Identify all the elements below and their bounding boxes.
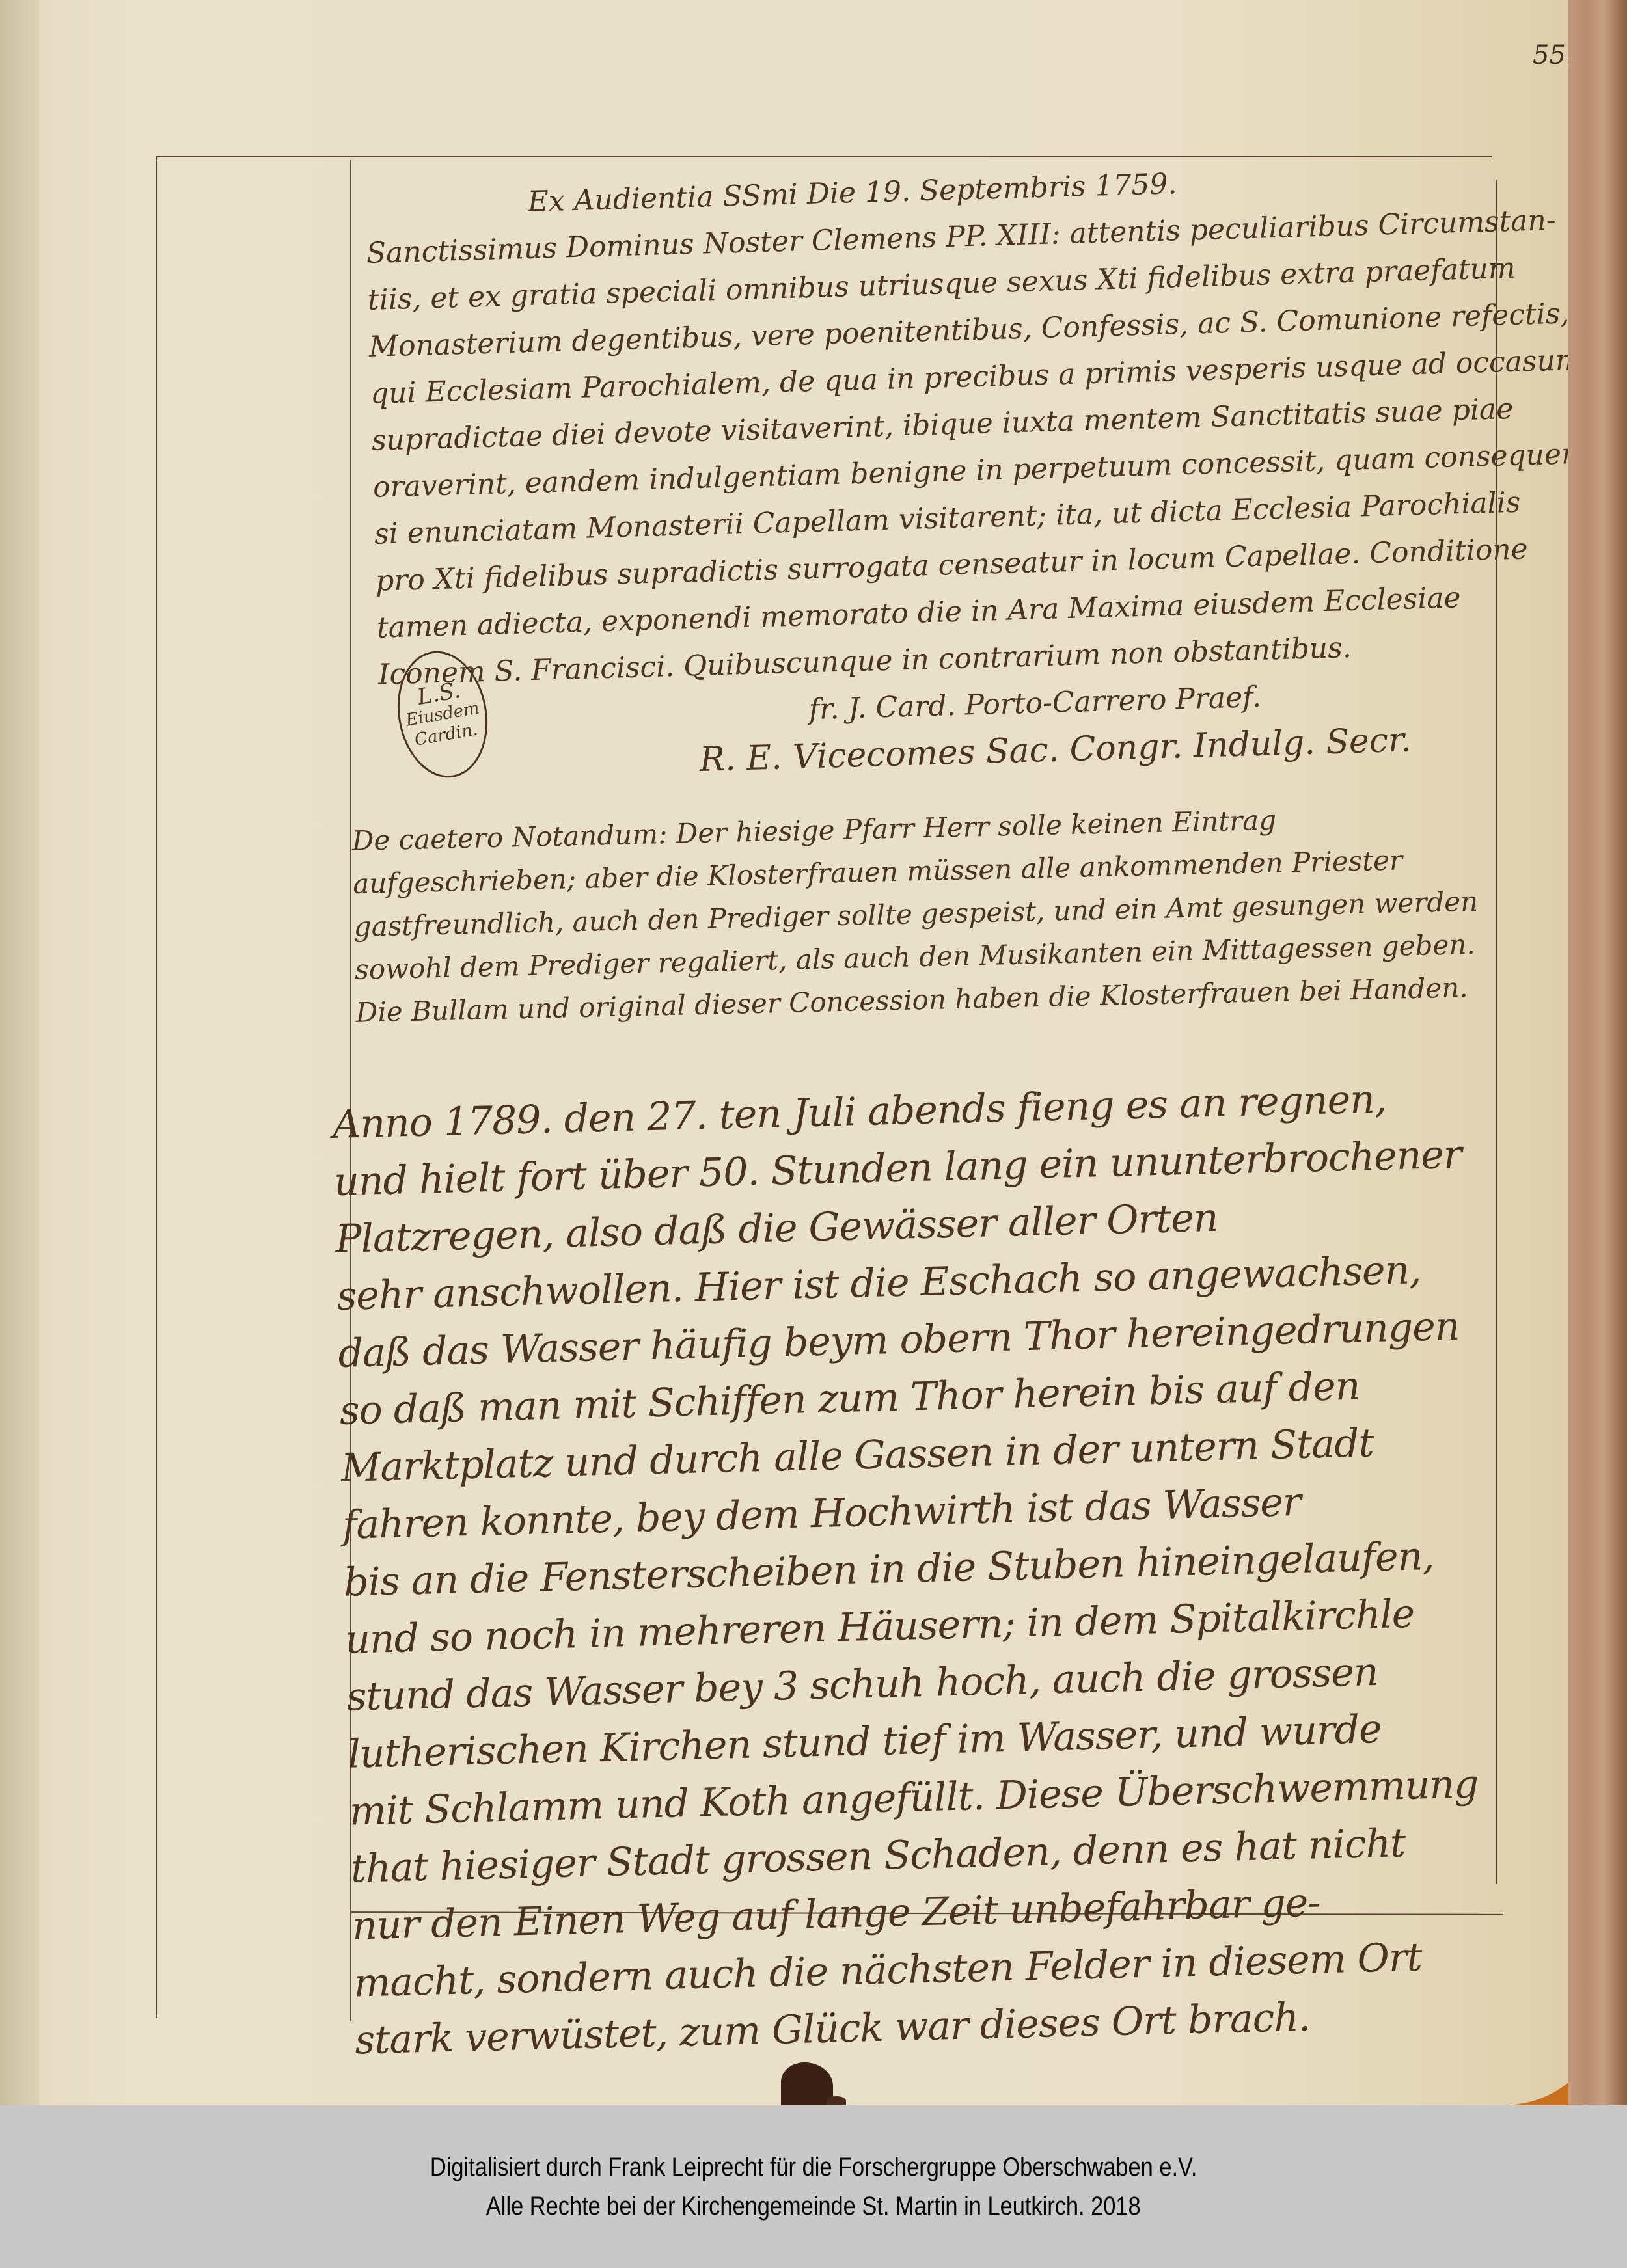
book-page-edges [1568,0,1627,2105]
latin-indulgence-entry: Ex Audientia SSmi Die 19. Septembris 175… [364,148,1627,792]
spine-shadow [0,0,39,2105]
german-note-entry: De caetero Notandum: Der hiesige Pfarr H… [351,794,1481,1034]
ink-blot [781,2062,833,2105]
manuscript-scan: 55. Ex Audientia SSmi Die 19. Septembris… [0,0,1627,2105]
ink-blot [827,2096,846,2105]
caption-line-rights: Alle Rechte bei der Kirchengemeinde St. … [486,2187,1141,2226]
manuscript-page: 55. Ex Audientia SSmi Die 19. Septembris… [0,0,1607,2105]
flood-1789-entry: Anno 1789. den 27. ten Juli abends fieng… [332,1069,1484,2070]
caption-line-credit: Digitalisiert durch Frank Leiprecht für … [430,2148,1197,2187]
digitization-caption: Digitalisiert durch Frank Leiprecht für … [0,2105,1627,2268]
